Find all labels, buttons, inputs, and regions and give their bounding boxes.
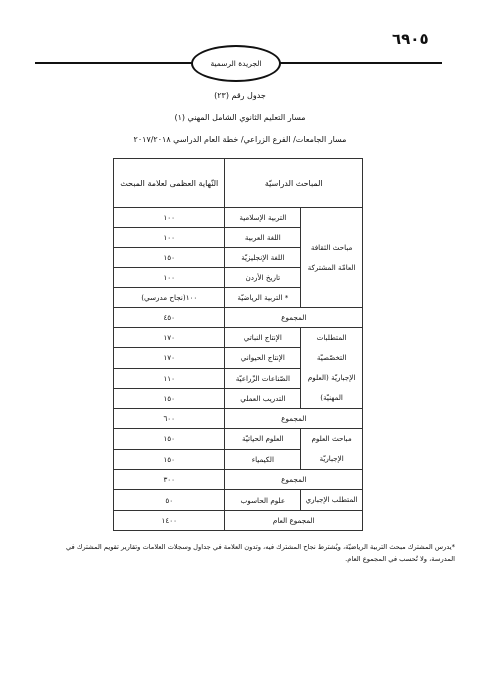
total-value: ٦٠٠ (114, 409, 225, 429)
subject-cell: الصّناعات الزّراعيّة (225, 368, 301, 388)
value-cell: ١٥٠ (114, 429, 225, 450)
header-max-mark: النّهاية العظمى لعلامة المبحث (114, 159, 225, 208)
subject-cell: اللغة الإنجليزيّة (225, 248, 301, 268)
header-rule-left (35, 62, 193, 64)
total-label: المجموع (225, 470, 363, 490)
table-header-row: المباحث الدراسيّة النّهاية العظمى لعلامة… (114, 159, 363, 208)
total-value: ٣٠٠ (114, 470, 225, 490)
study-plan-table: المباحث الدراسيّة النّهاية العظمى لعلامة… (113, 158, 363, 531)
value-cell: ١١٠ (114, 368, 225, 388)
subject-cell: الكيمياء (225, 449, 301, 470)
header-rule-right (280, 62, 442, 64)
subject-cell: التدريب العملي (225, 388, 301, 408)
total-row: المجموع ٣٠٠ (114, 470, 363, 490)
gazette-label: الجريدة الرسمية (210, 59, 261, 68)
subject-cell: تاريخ الأردن (225, 268, 301, 288)
total-label: المجموع (225, 409, 363, 429)
total-row: المجموع ٤٥٠ (114, 308, 363, 328)
category-cell: مباحث الثقافة العامّة المشتركة (301, 208, 363, 308)
table-row: مباحث العلوم الإجباريّة العلوم الحياتيّة… (114, 429, 363, 450)
category-cell: مباحث العلوم الإجباريّة (301, 429, 363, 470)
subject-cell: الإنتاج النباتي (225, 328, 301, 348)
table-row: مباحث الثقافة العامّة المشتركة التربية ا… (114, 208, 363, 228)
gazette-emblem: الجريدة الرسمية (191, 45, 281, 82)
header-subjects: المباحث الدراسيّة (225, 159, 363, 208)
grand-total-row: المجموع العام ١٤٠٠ (114, 511, 363, 531)
value-cell: ١٧٠ (114, 328, 225, 348)
value-cell: ١٥٠ (114, 449, 225, 470)
track-title: مسار التعليم الثانوي الشامل المهني (١) (0, 113, 480, 122)
value-cell: ١٠٠(نجاح مدرسي) (114, 288, 225, 308)
grand-total-value: ١٤٠٠ (114, 511, 225, 531)
table-number: جدول رقم (٢٣) (0, 91, 480, 100)
page-number: ٦٩٠٥ (392, 30, 429, 48)
value-cell: ١٥٠ (114, 388, 225, 408)
total-value: ٤٥٠ (114, 308, 225, 328)
table-row: المتطلبات التخصّصيّة الإجباريّة (العلوم … (114, 328, 363, 348)
table-row: المتطلب الإجباري علوم الحاسوب ٥٠ (114, 490, 363, 511)
category-cell: المتطلبات التخصّصيّة الإجباريّة (العلوم … (301, 328, 363, 409)
subject-cell: التربية الإسلامية (225, 208, 301, 228)
footnote: *يدرس المشترك مبحث التربية الرياضيّة، وي… (50, 541, 455, 565)
value-cell: ١٧٠ (114, 348, 225, 368)
subject-cell: اللغة العربية (225, 228, 301, 248)
value-cell: ١٠٠ (114, 268, 225, 288)
total-label: المجموع (225, 308, 363, 328)
plan-subtitle: مسار الجامعات/ الفرع الزراعي/ خطة العام … (0, 135, 480, 144)
category-cell: المتطلب الإجباري (301, 490, 363, 511)
value-cell: ٥٠ (114, 490, 225, 511)
value-cell: ١٠٠ (114, 228, 225, 248)
subject-cell: علوم الحاسوب (225, 490, 301, 511)
value-cell: ١٥٠ (114, 248, 225, 268)
grand-total-label: المجموع العام (225, 511, 363, 531)
subject-cell: الإنتاج الحيواني (225, 348, 301, 368)
subject-cell: العلوم الحياتيّة (225, 429, 301, 450)
subject-cell: * التربية الرياضيّة (225, 288, 301, 308)
value-cell: ١٠٠ (114, 208, 225, 228)
total-row: المجموع ٦٠٠ (114, 409, 363, 429)
